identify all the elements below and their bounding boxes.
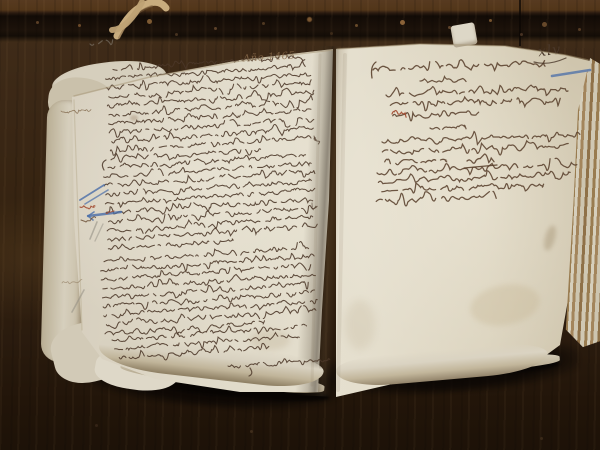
binding-cord-shadow bbox=[119, 6, 152, 38]
parchment-tab bbox=[450, 22, 477, 48]
photograph-of-manuscript: Año 1465 xlv bbox=[0, 0, 600, 450]
page-stain bbox=[250, 330, 290, 350]
binding-cord-cross bbox=[112, 2, 142, 30]
wood-debris-specks bbox=[0, 0, 3, 3]
left-pencil-inscription bbox=[90, 39, 118, 48]
folio-number: xlv bbox=[537, 42, 562, 61]
wood-plank-seam bbox=[519, 0, 521, 46]
binding-cord-main bbox=[117, 2, 166, 36]
page-stain bbox=[345, 300, 375, 350]
page-stain bbox=[130, 115, 138, 121]
